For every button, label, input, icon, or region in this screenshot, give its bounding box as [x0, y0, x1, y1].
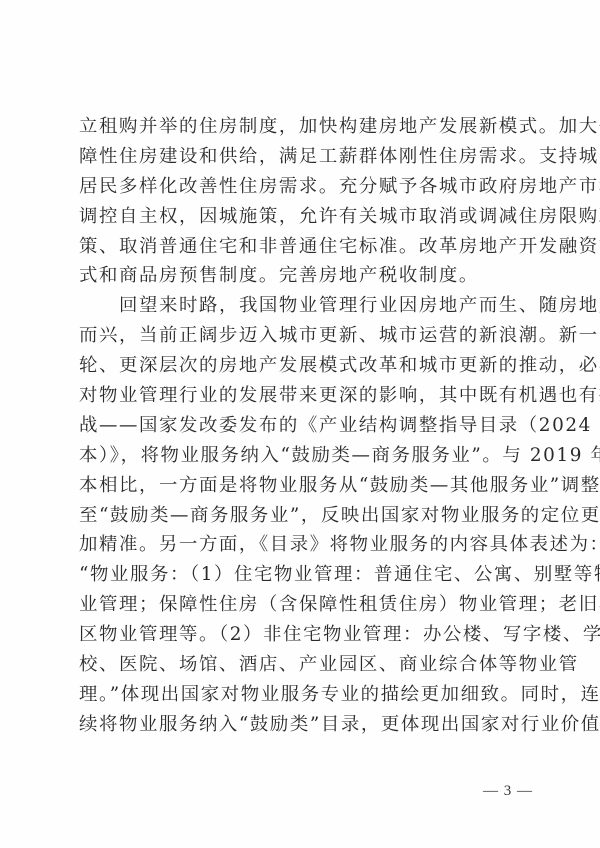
paragraph-start-line: 回望来时路，我国物业管理行业因房地产而生、随房地产 — [79, 291, 523, 321]
text-line: 续将物业服务纳入“鼓励类”目录，更体现出国家对行业价值 — [79, 710, 523, 740]
document-page: 立租购并举的住房制度，加快构建房地产发展新模式。加大保 障性住房建设和供给，满足… — [0, 0, 600, 848]
text-line: 策、取消普通住宅和非普通住宅标准。改革房地产开发融资方 — [79, 232, 523, 262]
text-line: “物业服务：（1）住宅物业管理：普通住宅、公寓、别墅等物 — [79, 560, 523, 590]
text-line: 调控自主权，因城施策，允许有关城市取消或调减住房限购政 — [79, 202, 523, 232]
text-line: 而兴，当前正阔步迈入城市更新、城市运营的新浪潮。新一 — [79, 321, 523, 351]
text-line: 立租购并举的住房制度，加快构建房地产发展新模式。加大保 — [79, 112, 523, 142]
text-line: 居民多样化改善性住房需求。充分赋予各城市政府房地产市场 — [79, 172, 523, 202]
text-line: 业管理；保障性住房（含保障性租赁住房）物业管理；老旧小 — [79, 590, 523, 620]
text-line: 障性住房建设和供给，满足工薪群体刚性住房需求。支持城乡 — [79, 142, 523, 172]
text-line: 加精准。另一方面，《目录》将物业服务的内容具体表述为： — [79, 530, 523, 560]
text-line: 理。”体现出国家对物业服务专业的描绘更加细致。同时，连 — [79, 680, 523, 710]
text-line: 战——国家发改委发布的《产业结构调整指导目录（2024 年 — [79, 411, 523, 441]
text-line: 至“鼓励类—商务服务业”，反映出国家对物业服务的定位更 — [79, 501, 523, 531]
text-line: 本相比，一方面是将物业服务从“鼓励类—其他服务业”调整 — [79, 471, 523, 501]
text-line: 本）》，将物业服务纳入“鼓励类—商务服务业”。与 2019 年 — [79, 441, 523, 471]
text-line: 区物业管理等。（2）非住宅物业管理：办公楼、写字楼、学 — [79, 620, 523, 650]
text-line: 轮、更深层次的房地产发展模式改革和城市更新的推动，必将 — [79, 351, 523, 381]
text-line: 校、医院、场馆、酒店、产业园区、商业综合体等物业管 — [79, 650, 523, 680]
page-number: — 3 — — [478, 783, 538, 800]
text-line: 式和商品房预售制度。完善房地产税收制度。 — [79, 261, 523, 291]
text-line: 对物业管理行业的发展带来更深的影响，其中既有机遇也有挑 — [79, 381, 523, 411]
body-text: 立租购并举的住房制度，加快构建房地产发展新模式。加大保 障性住房建设和供给，满足… — [79, 112, 523, 740]
